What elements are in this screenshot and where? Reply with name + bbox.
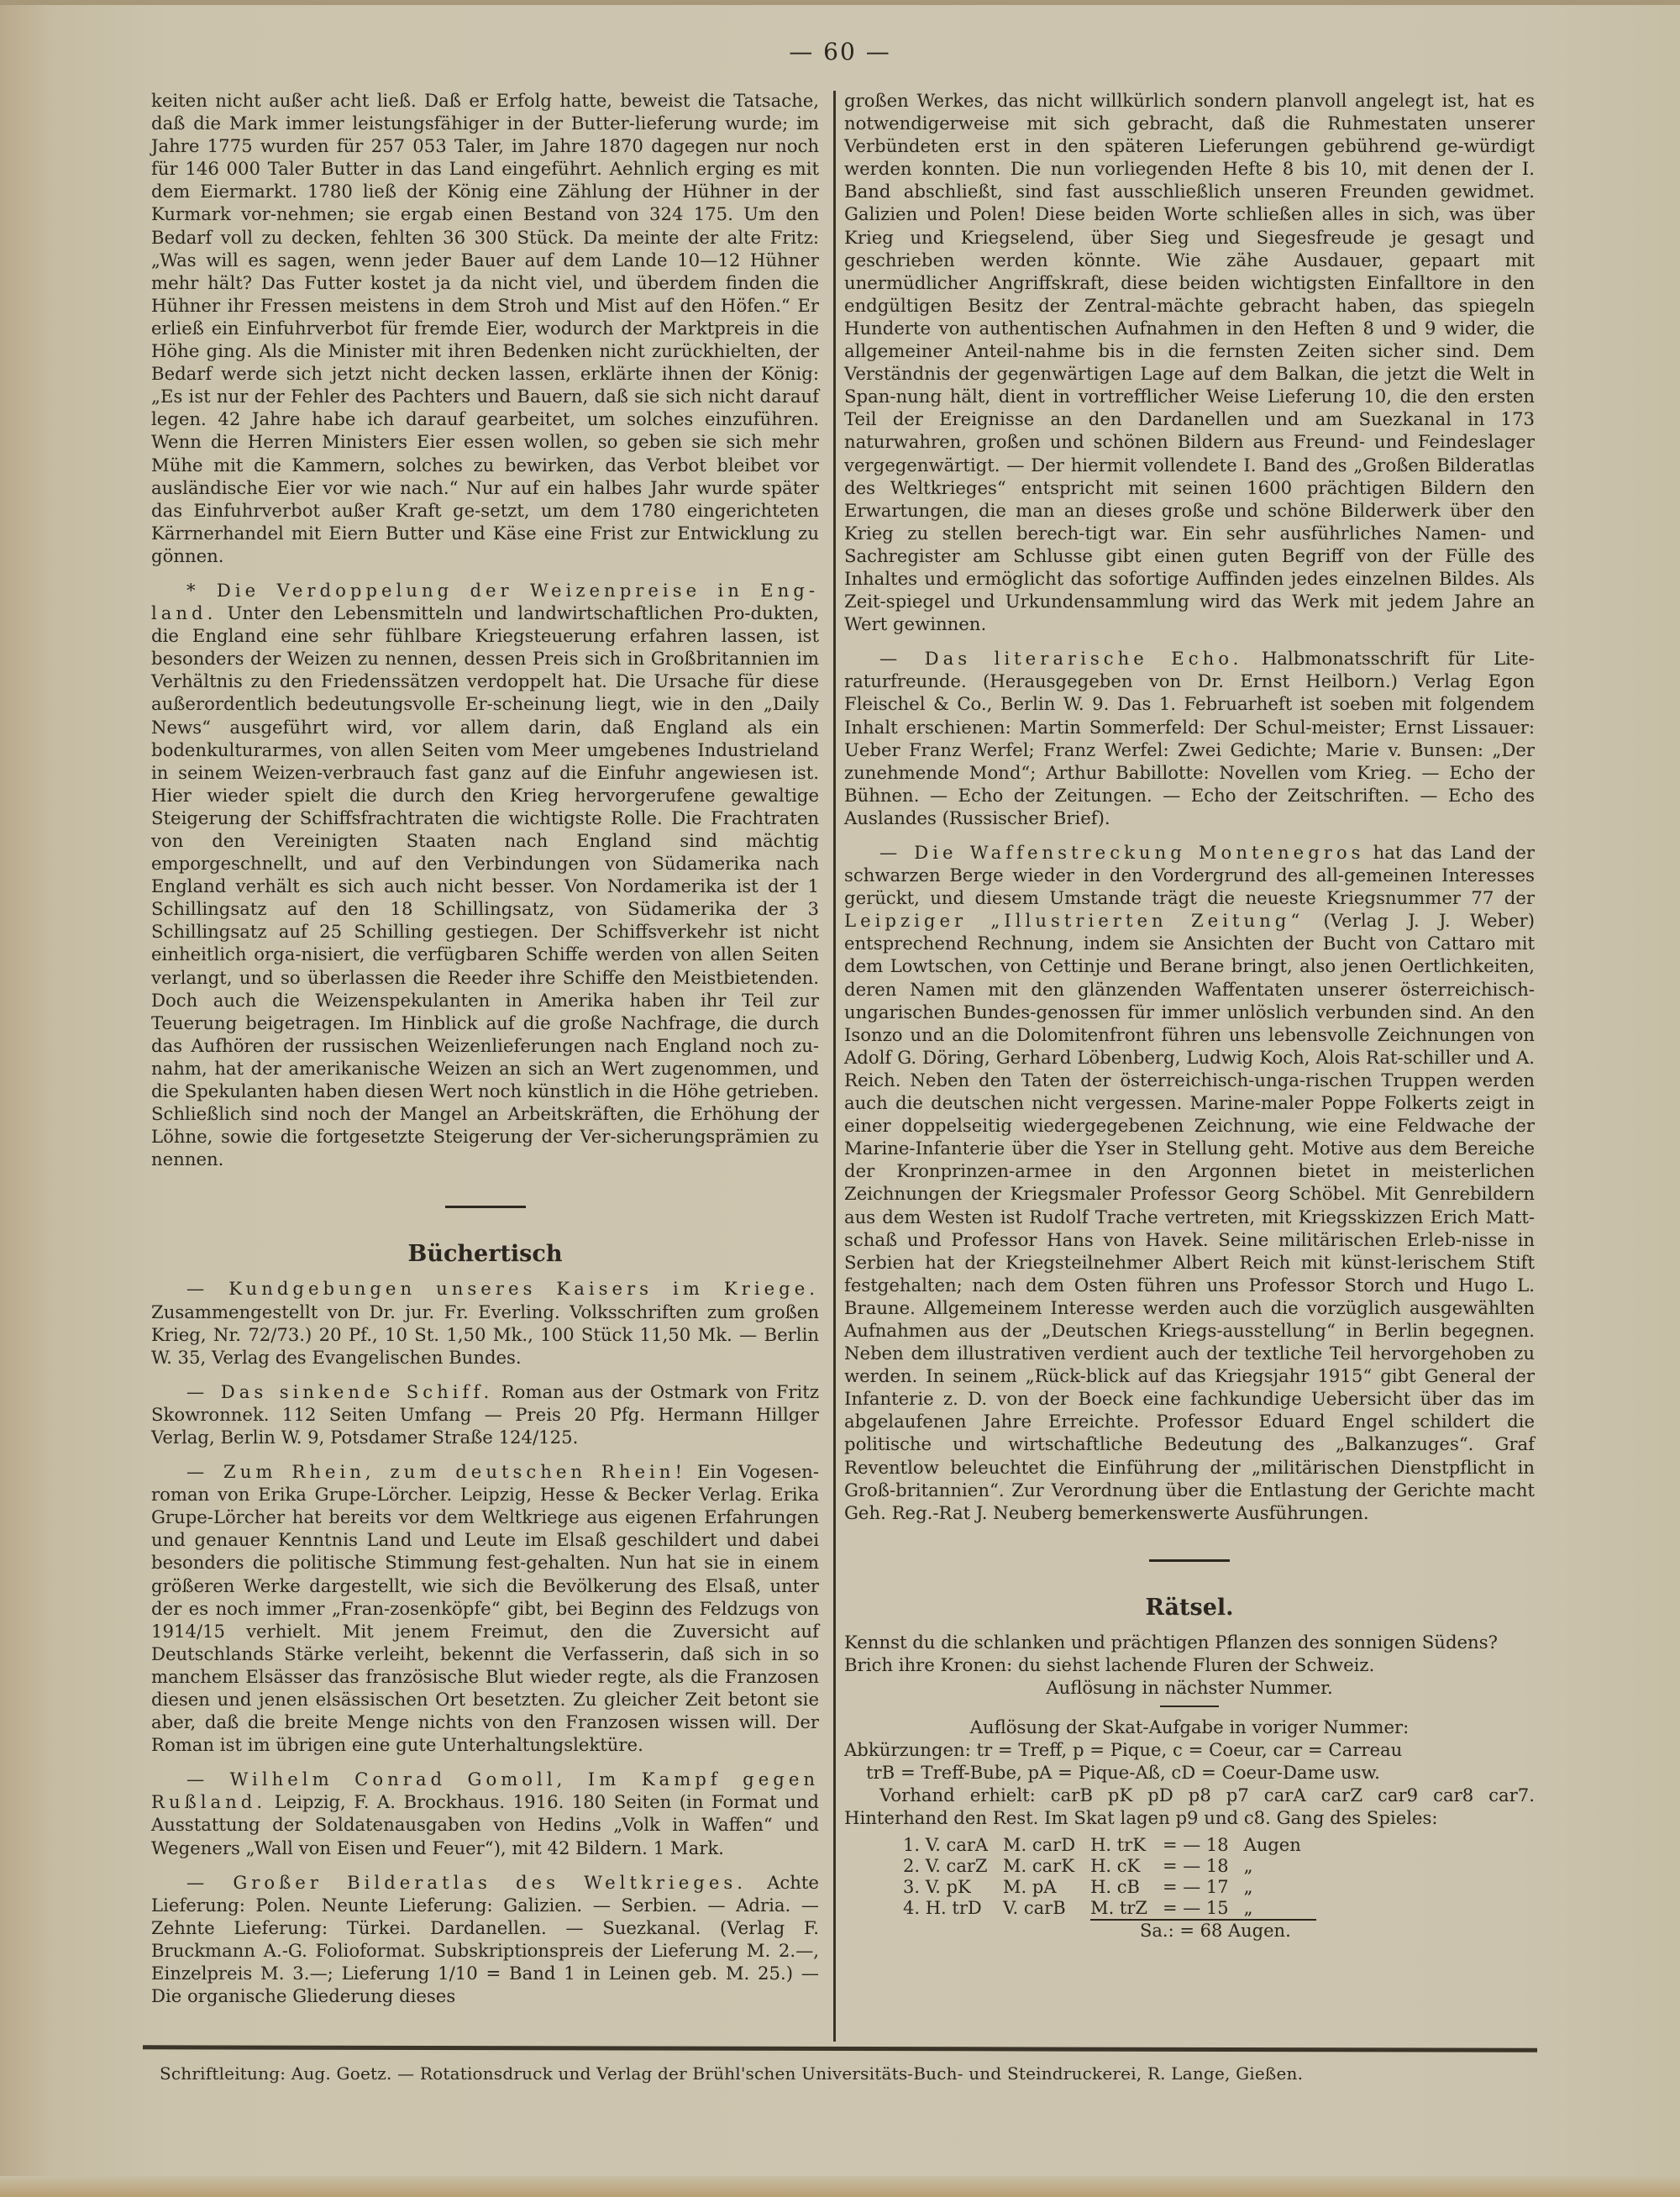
- table-row-total: Sa.: = 68 Augen.: [903, 1920, 1316, 1942]
- paragraph-bilderatlas-continued: großen Werkes, das nicht willkürlich son…: [844, 89, 1535, 635]
- article-body: (Verlag J. J. Weber) entsprechend Rechnu…: [844, 910, 1535, 1522]
- cell-mittelhand: M. carK: [1003, 1856, 1090, 1877]
- footer-rule: [143, 2045, 1537, 2052]
- cell-hinterhand: H. cB: [1090, 1877, 1163, 1898]
- cell-mittelhand: M. pA: [1003, 1877, 1090, 1898]
- book-body: Zusammengestellt von Dr. jur. Fr. Everli…: [151, 1301, 819, 1368]
- section-heading-buechertisch: Büchertisch: [151, 1240, 819, 1269]
- divider-dash: [1160, 1706, 1219, 1707]
- cell-points: = — 17: [1163, 1877, 1244, 1898]
- cell-vorhand: 1. V. carA: [903, 1835, 1003, 1856]
- page-number: — 60 —: [0, 38, 1680, 66]
- cell-hinterhand: H. cK: [1090, 1856, 1163, 1877]
- book-review: — Das sinkende Schiff. Roman aus der Ost…: [151, 1380, 819, 1448]
- section-divider: [445, 1206, 526, 1208]
- cell-unit: „: [1244, 1856, 1316, 1877]
- skat-heading: Auflösung der Skat-Aufgabe in voriger Nu…: [844, 1716, 1535, 1738]
- cell-unit: Augen: [1244, 1835, 1316, 1856]
- article-title: — Die Waffenstreckung Montenegros: [879, 842, 1365, 863]
- book-title: — Das literarische Echo.: [879, 648, 1242, 669]
- article-weizenpreise: * Die Verdoppelung der Weizenpreise in E…: [151, 579, 819, 1170]
- cell-points: = — 18: [1163, 1835, 1244, 1856]
- article-body: Unter den Lebensmitteln und landwirtscha…: [151, 602, 819, 1169]
- page-top-edge: [0, 0, 1680, 5]
- cell-points: = — 18: [1163, 1856, 1244, 1877]
- book-title: — Großer Bilderatlas des Weltkrieges.: [186, 1872, 747, 1893]
- cell-unit: „: [1244, 1877, 1316, 1898]
- cell-vorhand: 2. V. carZ: [903, 1856, 1003, 1877]
- skat-setup: Vorhand erhielt: carB pK pD p8 p7 carA c…: [844, 1784, 1535, 1829]
- skat-tricks-table: 1. V. carA M. carD H. trK = — 18 Augen 2…: [903, 1835, 1316, 1942]
- cell-hinterhand: H. trK: [1090, 1835, 1163, 1856]
- skat-total: Sa.: = 68 Augen.: [1090, 1920, 1316, 1942]
- book-body: Ein Vogesen-roman von Erika Grupe-Lörche…: [151, 1461, 819, 1755]
- article-montenegro: — Die Waffenstreckung Montenegros hat da…: [844, 841, 1535, 1524]
- riddle-line: Brich ihre Kronen: du siehst lachende Fl…: [844, 1653, 1535, 1676]
- right-column: großen Werkes, das nicht willkürlich son…: [844, 89, 1535, 1942]
- imprint-footer: Schriftleitung: Aug. Goetz. — Rotationsd…: [160, 2063, 1470, 2084]
- cell-vorhand: 3. V. pK: [903, 1877, 1003, 1898]
- page-bottom-edge: [0, 2176, 1680, 2197]
- table-row: 2. V. carZ M. carK H. cK = — 18 „: [903, 1856, 1316, 1877]
- section-divider: [1149, 1559, 1230, 1562]
- cell-mittelhand: M. carD: [1003, 1835, 1090, 1856]
- book-review: — Großer Bilderatlas des Weltkrieges. Ac…: [151, 1871, 819, 2008]
- section-heading-raetsel: Rätsel.: [844, 1594, 1535, 1622]
- book-title: — Das sinkende Schiff.: [186, 1381, 493, 1402]
- table-row: 1. V. carA M. carD H. trK = — 18 Augen: [903, 1835, 1316, 1856]
- book-review: — Zum Rhein, zum deutschen Rhein! Ein Vo…: [151, 1460, 819, 1756]
- table-row: 3. V. pK M. pA H. cB = — 17 „: [903, 1877, 1316, 1898]
- table-row: 4. H. trD V. carB M. trZ = — 15 „: [903, 1898, 1316, 1920]
- publication-name: Leipziger „Illustrierten Zeitung“: [844, 910, 1304, 931]
- column-divider: [833, 91, 836, 2042]
- skat-abbreviations: Abkürzungen: tr = Treff, p = Pique, c = …: [844, 1738, 1535, 1761]
- cell-mittelhand: V. carB: [1003, 1898, 1090, 1920]
- skat-abbreviations: trB = Treff-Bube, pA = Pique-Aß, cD = Co…: [844, 1761, 1535, 1784]
- paragraph-butter-eggs: keiten nicht außer acht ließ. Daß er Erf…: [151, 89, 819, 567]
- book-review: — Wilhelm Conrad Gomoll, Im Kampf gegen …: [151, 1768, 819, 1858]
- cell-unit: „: [1244, 1898, 1316, 1920]
- book-review-literarisches-echo: — Das literarische Echo. Halbmonatsschri…: [844, 647, 1535, 829]
- cell-points: = — 15: [1163, 1898, 1244, 1920]
- book-review: — Kundgebungen unseres Kaisers im Kriege…: [151, 1277, 819, 1368]
- book-title: — Zum Rhein, zum deutschen Rhein!: [186, 1461, 686, 1482]
- riddle-note: Auflösung in nächster Nummer.: [844, 1676, 1535, 1699]
- book-title: — Kundgebungen unseres Kaisers im Kriege…: [186, 1278, 819, 1299]
- book-body: Halbmonatsschrift für Lite-raturfreunde.…: [844, 648, 1535, 828]
- left-column: keiten nicht außer acht ließ. Daß er Erf…: [151, 89, 819, 2007]
- riddle-line: Kennst du die schlanken und prächtigen P…: [844, 1631, 1535, 1653]
- cell-hinterhand: M. trZ: [1090, 1898, 1163, 1920]
- cell-vorhand: 4. H. trD: [903, 1898, 1003, 1920]
